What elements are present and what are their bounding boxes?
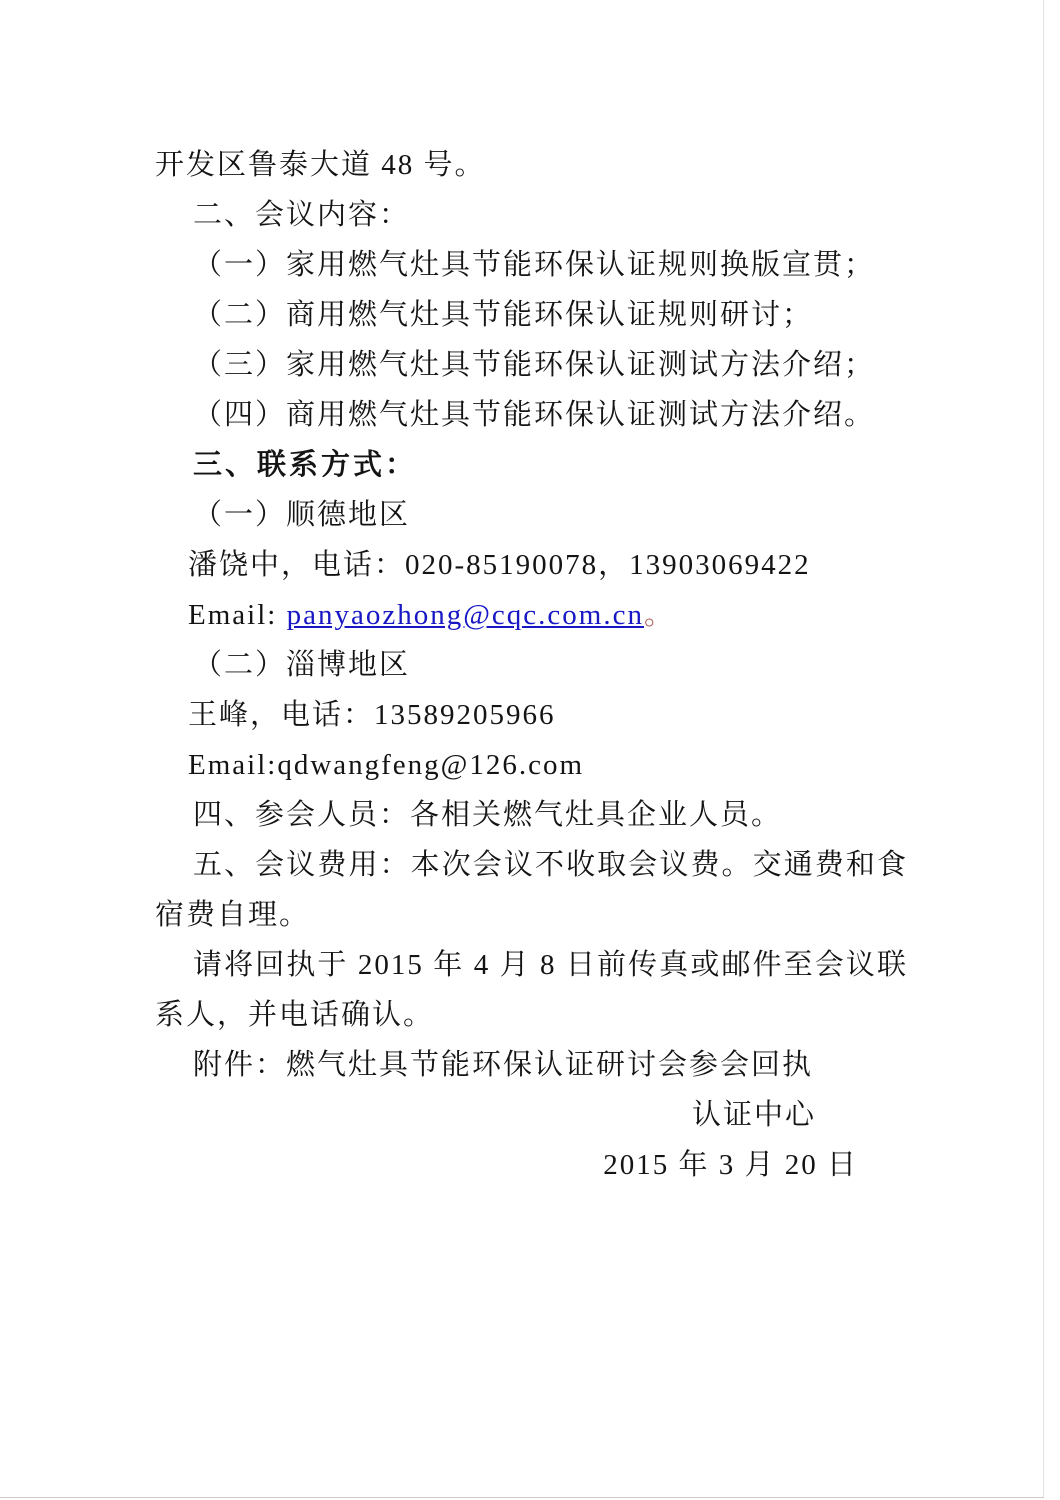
shunde-email-link[interactable]: panyaozhong@cqc.com.cn [287, 599, 644, 631]
page-edge-right [1043, 0, 1044, 1498]
contact-shunde-email-line: Email: panyaozhong@cqc.com.cn。 [155, 590, 908, 640]
signature-organization: 认证中心 [155, 1090, 908, 1140]
scanned-document-page: 开发区鲁泰大道 48 号。 二、会议内容： （一）家用燃气灶具节能环保认证规则换… [0, 0, 1060, 1500]
contact-zibo-person-phone: 王峰，电话：13589205966 [155, 690, 908, 740]
attachment-line: 附件：燃气灶具节能环保认证研讨会参会回执 [155, 1040, 908, 1090]
fee-line: 五、会议费用：本次会议不收取会议费。交通费和食宿费自理。 [155, 840, 908, 940]
signature-date: 2015 年 3 月 20 日 [155, 1140, 908, 1190]
agenda-item-4: （四）商用燃气灶具节能环保认证测试方法介绍。 [155, 390, 908, 440]
contact-region-zibo: （二）淄博地区 [155, 640, 908, 690]
page-edge-bottom [0, 1497, 1044, 1498]
address-continuation-line: 开发区鲁泰大道 48 号。 [155, 140, 908, 190]
document-body: 开发区鲁泰大道 48 号。 二、会议内容： （一）家用燃气灶具节能环保认证规则换… [155, 140, 908, 1190]
email-label: Email: [188, 599, 287, 631]
participants-line: 四、参会人员：各相关燃气灶具企业人员。 [155, 790, 908, 840]
contacts-heading: 三、联系方式： [155, 440, 908, 490]
contact-shunde-person-phone: 潘饶中，电话：020-85190078，13903069422 [155, 540, 908, 590]
agenda-item-1: （一）家用燃气灶具节能环保认证规则换版宣贯； [155, 240, 908, 290]
agenda-item-2: （二）商用燃气灶具节能环保认证规则研讨； [155, 290, 908, 340]
agenda-item-3: （三）家用燃气灶具节能环保认证测试方法介绍； [155, 340, 908, 390]
contact-region-shunde: （一）顺德地区 [155, 490, 908, 540]
contact-zibo-email-line: Email:qdwangfeng@126.com [155, 740, 908, 790]
agenda-heading: 二、会议内容： [155, 190, 908, 240]
reply-instruction-line: 请将回执于 2015 年 4 月 8 日前传真或邮件至会议联系人，并电话确认。 [155, 940, 908, 1040]
email-trailing-punctuation: 。 [644, 599, 675, 631]
